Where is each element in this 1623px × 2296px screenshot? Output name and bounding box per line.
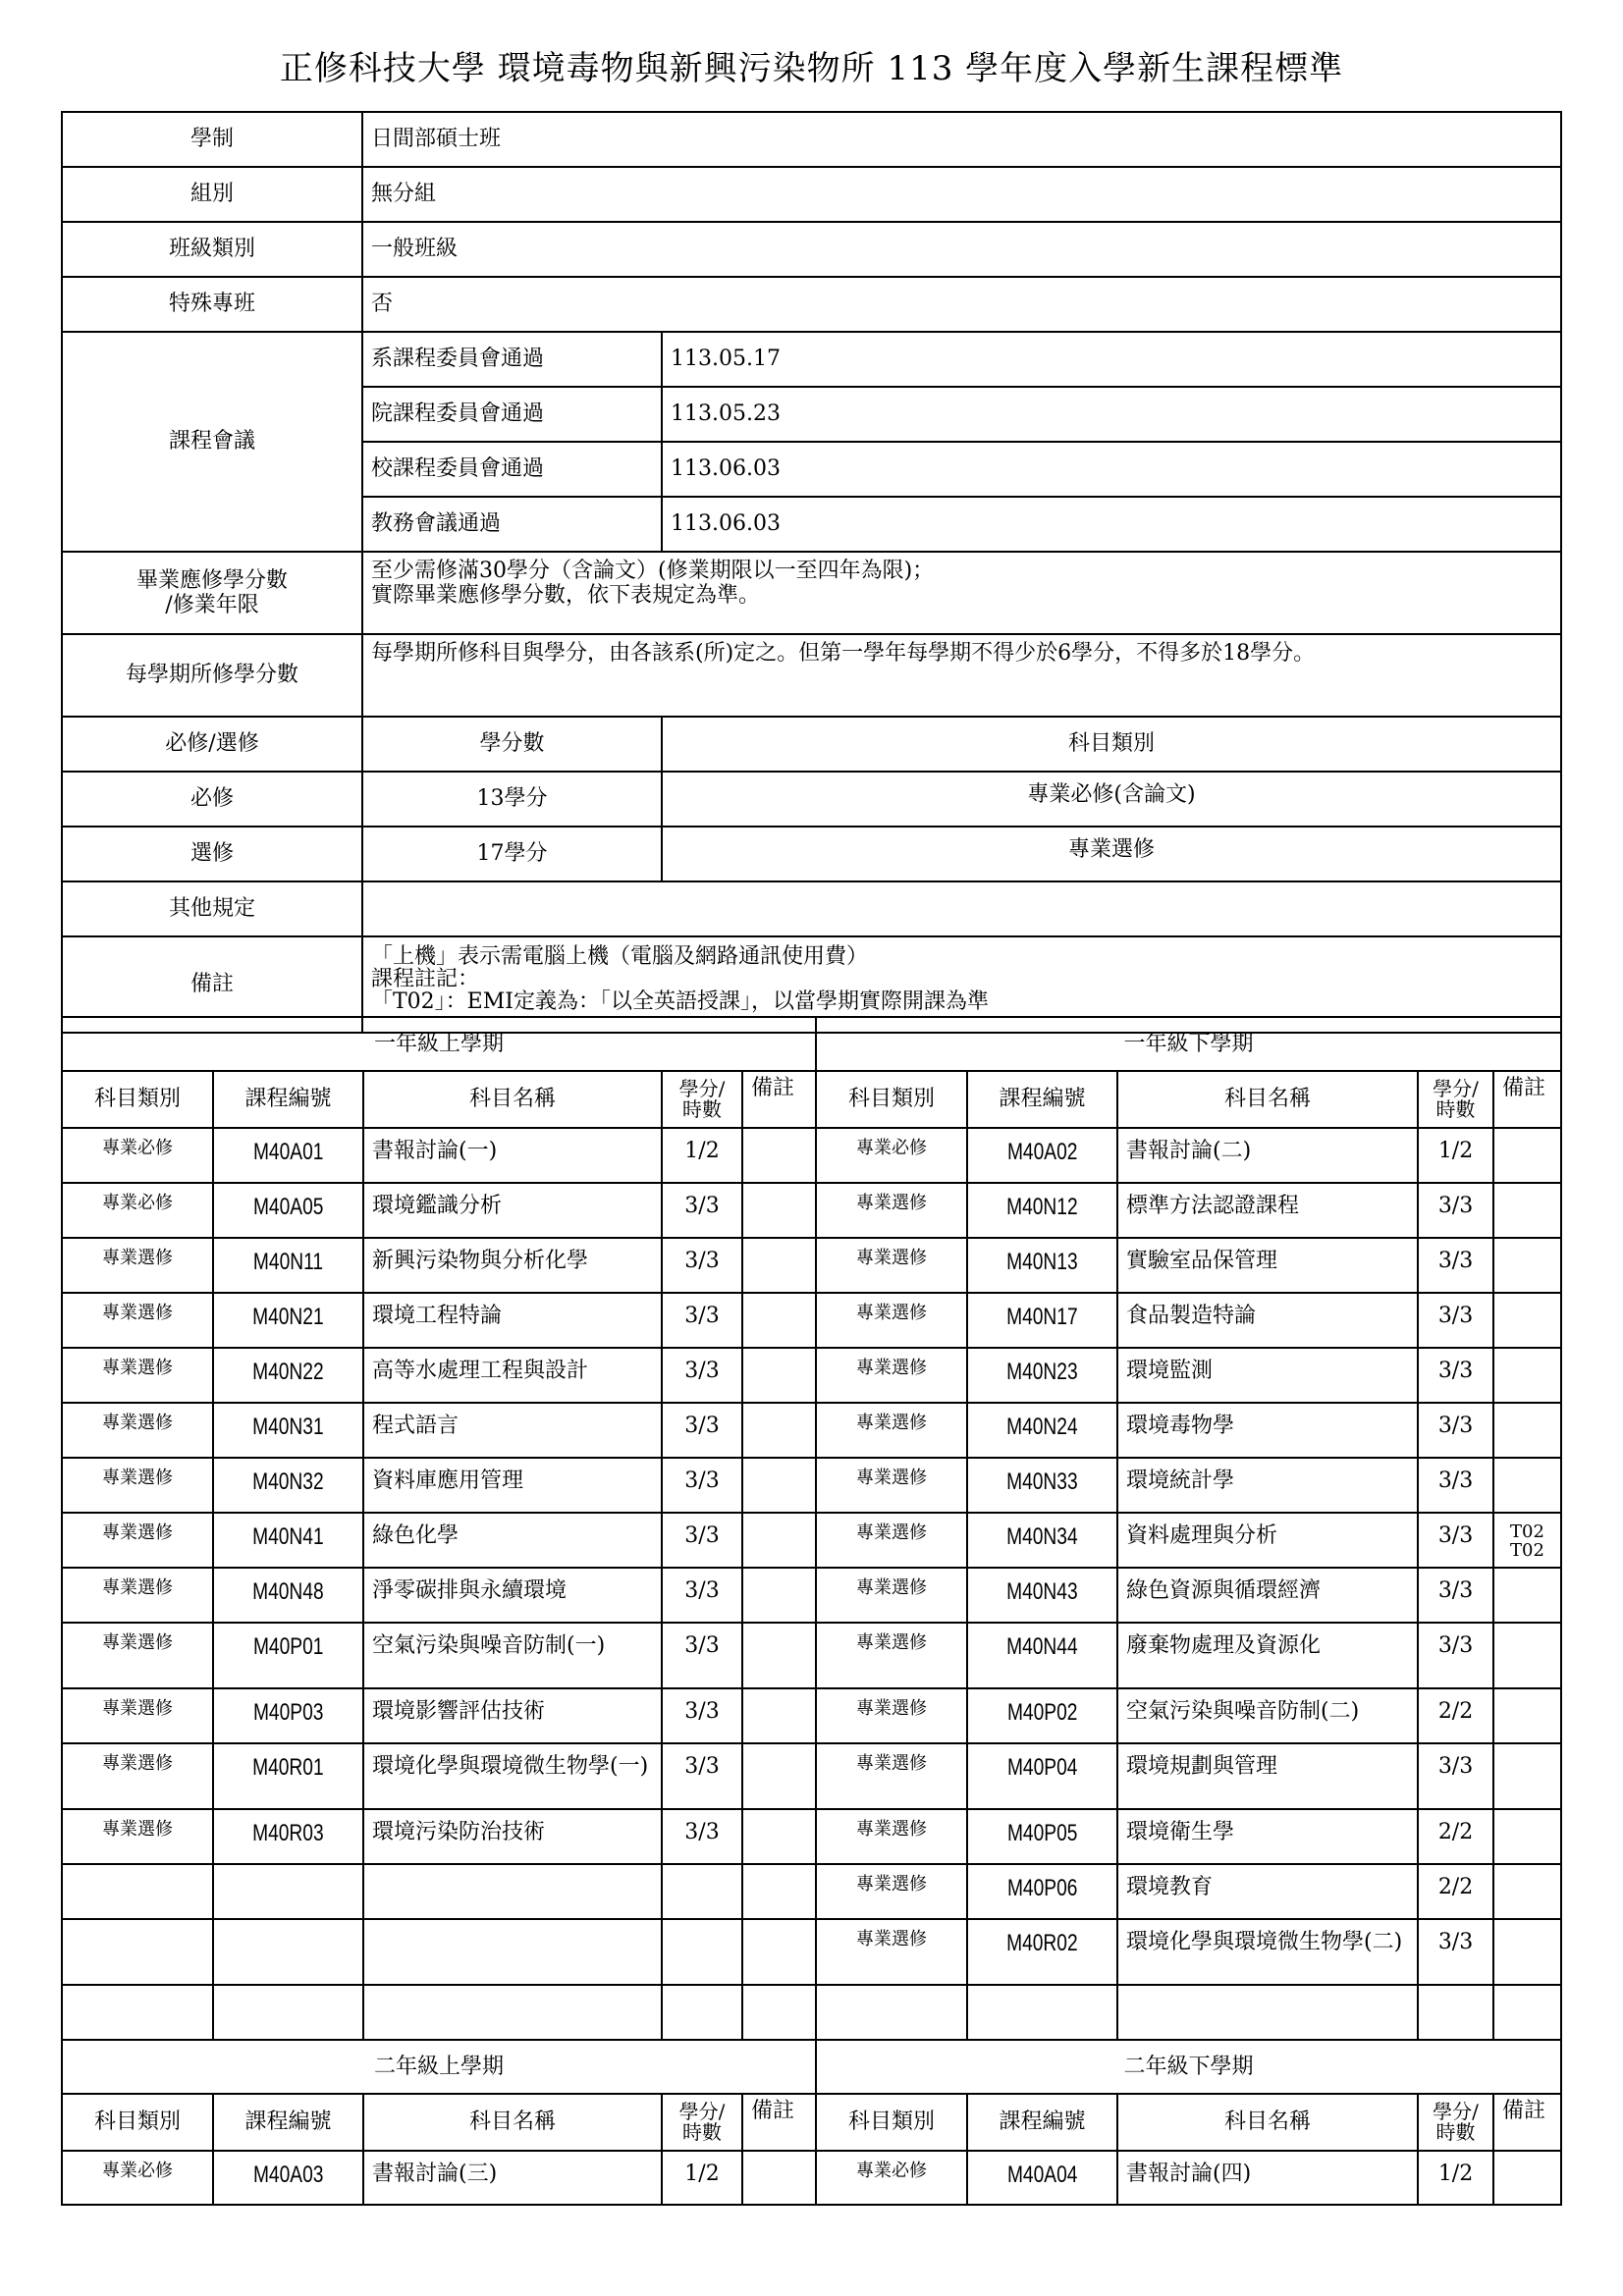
- course-code: M40N21: [213, 1293, 363, 1348]
- req-category: 專業必修(含論文): [662, 772, 1561, 827]
- course-remark: [742, 1568, 816, 1623]
- course-credits: 3/3: [1418, 1348, 1493, 1403]
- column-header-category: 科目類別: [62, 1071, 213, 1128]
- course-category: 專業選修: [62, 1623, 213, 1688]
- course-code-text: M40R03: [252, 1820, 324, 1847]
- course-category: 專業選修: [816, 1919, 967, 1985]
- course-code-text: M40N21: [252, 1304, 324, 1331]
- semester-title-row: 一年級上學期一年級下學期: [62, 1017, 1561, 1071]
- remark-line: 課程註記：: [371, 968, 1552, 990]
- req-type-header: 必修/選修: [62, 717, 362, 772]
- info-row-system: 學制 日間部碩士班: [62, 112, 1561, 167]
- course-name: 淨零碳排與永續環境: [363, 1568, 662, 1623]
- course-credits: 1/2: [1418, 1128, 1493, 1183]
- course-code: [213, 1985, 363, 2040]
- semester-credits-value: 每學期所修科目與學分，由各該系(所)定之。但第一學年每學期不得少於6學分，不得多…: [362, 634, 1561, 717]
- course-category: 專業選修: [816, 1743, 967, 1809]
- course-name: 程式語言: [363, 1403, 662, 1458]
- meeting-row: 課程會議 系課程委員會通過 113.05.17: [62, 332, 1561, 387]
- course-name: 書報討論(一): [363, 1128, 662, 1183]
- info-row-semester-credits: 每學期所修學分數 每學期所修科目與學分，由各該系(所)定之。但第一學年每學期不得…: [62, 634, 1561, 717]
- column-header-name: 科目名稱: [363, 1071, 662, 1128]
- req-credits: 17學分: [362, 827, 662, 881]
- course-category: 專業選修: [816, 1403, 967, 1458]
- req-category: 專業選修: [662, 827, 1561, 881]
- course-remark: [742, 1688, 816, 1743]
- course-name: 空氣污染與噪音防制(一): [363, 1623, 662, 1688]
- column-header-row: 科目類別課程編號科目名稱學分/時數備註科目類別課程編號科目名稱學分/時數備註: [62, 1071, 1561, 1128]
- course-credits: 3/3: [662, 1458, 742, 1513]
- course-credits: 1/2: [662, 1128, 742, 1183]
- course-code: M40N12: [967, 1183, 1117, 1238]
- course-name: 環境衛生學: [1117, 1809, 1418, 1864]
- course-code-text: M40P02: [1007, 1699, 1078, 1727]
- course-category: 專業選修: [816, 1348, 967, 1403]
- course-remark: [1493, 1348, 1561, 1403]
- course-credits: 3/3: [662, 1403, 742, 1458]
- course-remark: [1493, 1919, 1561, 1985]
- course-name: 環境影響評估技術: [363, 1688, 662, 1743]
- course-code-text: M40P05: [1007, 1820, 1078, 1847]
- info-row-graduation: 畢業應修學分數 /修業年限 至少需修滿30學分（含論文）(修業期限以一至四年為限…: [62, 552, 1561, 634]
- course-remark: [1493, 1864, 1561, 1919]
- course-code: M40A01: [213, 1128, 363, 1183]
- course-name: [363, 1919, 662, 1985]
- course-code-text: M40A04: [1007, 2162, 1078, 2189]
- class-type-value: 一般班級: [362, 222, 1561, 277]
- course-code: M40N13: [967, 1238, 1117, 1293]
- course-remark: [1493, 1458, 1561, 1513]
- course-remark: [742, 1864, 816, 1919]
- course-credits: 3/3: [1418, 1458, 1493, 1513]
- course-code: M40P02: [967, 1688, 1117, 1743]
- course-credits: 3/3: [662, 1238, 742, 1293]
- course-code: M40A03: [213, 2151, 363, 2205]
- course-category: 專業必修: [62, 1128, 213, 1183]
- course-credits: 3/3: [662, 1183, 742, 1238]
- course-row: 專業必修M40A03書報討論(三)1/2專業必修M40A04書報討論(四)1/2: [62, 2151, 1561, 2205]
- course-credits: 3/3: [662, 1623, 742, 1688]
- course-name: 環境化學與環境微生物學(一): [363, 1743, 662, 1809]
- course-credits: 3/3: [662, 1743, 742, 1809]
- course-code: M40N22: [213, 1348, 363, 1403]
- course-category: 專業必修: [816, 1128, 967, 1183]
- course-code-text: M40P06: [1007, 1875, 1078, 1902]
- column-header-name: 科目名稱: [363, 2094, 662, 2151]
- course-remark: [742, 2151, 816, 2205]
- course-category: [62, 1919, 213, 1985]
- course-credits: 3/3: [662, 1348, 742, 1403]
- course-code: [213, 1919, 363, 1985]
- course-code-text: M40P04: [1007, 1754, 1078, 1782]
- info-row-class-type: 班級類別 一般班級: [62, 222, 1561, 277]
- course-category: 專業選修: [816, 1293, 967, 1348]
- course-code-text: M40A02: [1007, 1139, 1078, 1166]
- course-row: 專業選修M40P03環境影響評估技術3/3專業選修M40P02空氣污染與噪音防制…: [62, 1688, 1561, 1743]
- course-category: 專業選修: [62, 1688, 213, 1743]
- course-row: 專業選修M40N21環境工程特論3/3專業選修M40N17食品製造特論3/3: [62, 1293, 1561, 1348]
- course-code: M40N44: [967, 1623, 1117, 1688]
- course-remark: [1493, 1403, 1561, 1458]
- course-credits: 2/2: [1418, 1864, 1493, 1919]
- course-code-text: M40N44: [1006, 1633, 1078, 1661]
- course-remark: [742, 1128, 816, 1183]
- course-row: 專業選修M40P06環境教育2/2: [62, 1864, 1561, 1919]
- course-name: 環境教育: [1117, 1864, 1418, 1919]
- course-remark: [742, 1919, 816, 1985]
- course-category: [62, 1864, 213, 1919]
- course-code: M40N11: [213, 1238, 363, 1293]
- meeting-name: 系課程委員會通過: [362, 332, 662, 387]
- system-label: 學制: [62, 112, 362, 167]
- column-header-code: 課程編號: [213, 1071, 363, 1128]
- course-category: 專業選修: [62, 1403, 213, 1458]
- course-code: M40N43: [967, 1568, 1117, 1623]
- course-row: 專業必修M40A05環境鑑識分析3/3專業選修M40N12標準方法認證課程3/3: [62, 1183, 1561, 1238]
- course-remark: [742, 1293, 816, 1348]
- course-remark: [1493, 1688, 1561, 1743]
- graduation-label-line: 畢業應修學分數: [71, 568, 353, 593]
- column-header-credits: 學分/時數: [1418, 2094, 1493, 2151]
- course-code-text: M40N31: [252, 1414, 324, 1441]
- remark-line: 「上機」表示需電腦上機（電腦及網路通訊使用費）: [371, 945, 1552, 968]
- course-code: M40P06: [967, 1864, 1117, 1919]
- course-name: 環境化學與環境微生物學(二): [1117, 1919, 1418, 1985]
- course-code: M40P03: [213, 1688, 363, 1743]
- course-code: M40R02: [967, 1919, 1117, 1985]
- column-header-category: 科目類別: [816, 1071, 967, 1128]
- course-remark: [742, 1348, 816, 1403]
- course-remark: [742, 1238, 816, 1293]
- course-code: M40A05: [213, 1183, 363, 1238]
- special-value: 否: [362, 277, 1561, 332]
- course-code: M40N31: [213, 1403, 363, 1458]
- course-row: 專業選修M40N32資料庫應用管理3/3專業選修M40N33環境統計學3/3: [62, 1458, 1561, 1513]
- course-code-text: M40N13: [1006, 1249, 1078, 1276]
- course-code-text: M40P01: [253, 1633, 324, 1661]
- group-value: 無分組: [362, 167, 1561, 222]
- course-name: 食品製造特論: [1117, 1293, 1418, 1348]
- course-row: 專業選修M40R03環境污染防治技術3/3專業選修M40P05環境衛生學2/2: [62, 1809, 1561, 1864]
- course-code: [967, 1985, 1117, 2040]
- course-category: [816, 1985, 967, 2040]
- semester-title-row: 二年級上學期二年級下學期: [62, 2040, 1561, 2094]
- column-header-category: 科目類別: [62, 2094, 213, 2151]
- semester-credits-label: 每學期所修學分數: [62, 634, 362, 717]
- meeting-name: 院課程委員會通過: [362, 387, 662, 442]
- column-header-code: 課程編號: [967, 2094, 1117, 2151]
- course-remark: [1493, 1238, 1561, 1293]
- meeting-date: 113.06.03: [662, 442, 1561, 497]
- course-code: M40A04: [967, 2151, 1117, 2205]
- semester-title: 二年級下學期: [816, 2040, 1561, 2094]
- course-row: 專業選修M40N22高等水處理工程與設計3/3專業選修M40N23環境監測3/3: [62, 1348, 1561, 1403]
- course-code: M40P05: [967, 1809, 1117, 1864]
- semester-course-table: 一年級上學期一年級下學期科目類別課程編號科目名稱學分/時數備註科目類別課程編號科…: [61, 1016, 1562, 2206]
- req-type: 必修: [62, 772, 362, 827]
- course-code-text: M40A05: [253, 1194, 324, 1221]
- course-code-text: M40R02: [1006, 1930, 1078, 1957]
- course-code-text: M40N23: [1006, 1359, 1078, 1386]
- column-header-code: 課程編號: [213, 2094, 363, 2151]
- course-remark: [1493, 2151, 1561, 2205]
- meeting-name: 教務會議通過: [362, 497, 662, 552]
- course-code: M40N48: [213, 1568, 363, 1623]
- course-code: [213, 1864, 363, 1919]
- course-remark: [742, 1743, 816, 1809]
- course-code-text: M40N34: [1006, 1523, 1078, 1551]
- course-name: 環境監測: [1117, 1348, 1418, 1403]
- course-code: M40N32: [213, 1458, 363, 1513]
- graduation-label-line: /修業年限: [71, 593, 353, 617]
- course-remark: [742, 1458, 816, 1513]
- other-value: [362, 881, 1561, 936]
- course-category: [62, 1985, 213, 2040]
- course-name: [363, 1864, 662, 1919]
- course-name: 廢棄物處理及資源化: [1117, 1623, 1418, 1688]
- course-code-text: M40P03: [253, 1699, 324, 1727]
- course-credits: [662, 1864, 742, 1919]
- course-code-text: M40A01: [253, 1139, 324, 1166]
- course-credits: 3/3: [662, 1293, 742, 1348]
- system-value: 日間部碩士班: [362, 112, 1561, 167]
- special-label: 特殊專班: [62, 277, 362, 332]
- course-category: 專業選修: [62, 1293, 213, 1348]
- course-credits: 3/3: [1418, 1743, 1493, 1809]
- course-category: 專業選修: [62, 1458, 213, 1513]
- course-code: M40N23: [967, 1348, 1117, 1403]
- course-name: 資料處理與分析: [1117, 1513, 1418, 1568]
- course-remark: [1493, 1183, 1561, 1238]
- course-remark: [742, 1623, 816, 1688]
- course-name: 環境統計學: [1117, 1458, 1418, 1513]
- course-remark: [742, 1403, 816, 1458]
- course-code: M40N41: [213, 1513, 363, 1568]
- column-header-credits: 學分/時數: [662, 1071, 742, 1128]
- course-credits: [662, 1985, 742, 2040]
- course-credits: 3/3: [1418, 1919, 1493, 1985]
- course-credits: 3/3: [662, 1688, 742, 1743]
- course-row: 專業選修M40R01環境化學與環境微生物學(一)3/3專業選修M40P04環境規…: [62, 1743, 1561, 1809]
- course-row: 專業選修M40N31程式語言3/3專業選修M40N24環境毒物學3/3: [62, 1403, 1561, 1458]
- course-remark: [1493, 1809, 1561, 1864]
- column-header-code: 課程編號: [967, 1071, 1117, 1128]
- course-credits: [662, 1919, 742, 1985]
- class-type-label: 班級類別: [62, 222, 362, 277]
- course-name: 空氣污染與噪音防制(二): [1117, 1688, 1418, 1743]
- course-name: 書報討論(三): [363, 2151, 662, 2205]
- graduation-label: 畢業應修學分數 /修業年限: [62, 552, 362, 634]
- course-credits: [1418, 1985, 1493, 2040]
- course-name: 標準方法認證課程: [1117, 1183, 1418, 1238]
- course-code: M40P01: [213, 1623, 363, 1688]
- course-credits: 3/3: [1418, 1403, 1493, 1458]
- course-remark: [742, 1809, 816, 1864]
- course-code-text: M40N22: [252, 1359, 324, 1386]
- graduation-value: 至少需修滿30學分（含論文）(修業期限以一至四年為限)； 實際畢業應修學分數，依…: [362, 552, 1561, 634]
- course-category: 專業選修: [816, 1864, 967, 1919]
- course-category: 專業選修: [816, 1183, 967, 1238]
- column-header-remark: 備註: [1493, 1071, 1561, 1128]
- course-row: 專業選修M40N48淨零碳排與永續環境3/3專業選修M40N43綠色資源與循環經…: [62, 1568, 1561, 1623]
- course-category: 專業必修: [62, 2151, 213, 2205]
- course-category: 專業選修: [62, 1348, 213, 1403]
- course-credits: 3/3: [1418, 1568, 1493, 1623]
- course-category: 專業選修: [62, 1513, 213, 1568]
- course-name: 資料庫應用管理: [363, 1458, 662, 1513]
- course-name: 高等水處理工程與設計: [363, 1348, 662, 1403]
- course-code-text: M40N11: [253, 1249, 323, 1276]
- course-code-text: M40N32: [252, 1468, 324, 1496]
- course-code: M40N33: [967, 1458, 1117, 1513]
- course-row: 專業選修M40R02環境化學與環境微生物學(二)3/3: [62, 1919, 1561, 1985]
- course-name: [1117, 1985, 1418, 2040]
- meeting-label: 課程會議: [62, 332, 362, 552]
- page-title: 正修科技大學 環境毒物與新興污染物所 113 學年度入學新生課程標準: [0, 41, 1623, 89]
- course-code-text: M40N33: [1006, 1468, 1078, 1496]
- course-name: 綠色化學: [363, 1513, 662, 1568]
- program-info-table: 學制 日間部碩士班 組別 無分組 班級類別 一般班級 特殊專班 否 課程會議 系…: [61, 111, 1562, 1034]
- course-credits: 3/3: [1418, 1238, 1493, 1293]
- course-row: 專業選修M40N41綠色化學3/3專業選修M40N34資料處理與分析3/3T02…: [62, 1513, 1561, 1568]
- course-code: M40N24: [967, 1403, 1117, 1458]
- course-category: 專業選修: [816, 1568, 967, 1623]
- semester-title: 一年級下學期: [816, 1017, 1561, 1071]
- course-remark: [1493, 1743, 1561, 1809]
- column-header-category: 科目類別: [816, 2094, 967, 2151]
- course-code-text: M40N43: [1006, 1578, 1078, 1606]
- column-header-remark: 備註: [1493, 2094, 1561, 2151]
- course-remark: [1493, 1568, 1561, 1623]
- course-category: 專業選修: [816, 1809, 967, 1864]
- course-credits: 2/2: [1418, 1809, 1493, 1864]
- req-type: 選修: [62, 827, 362, 881]
- course-code: M40R01: [213, 1743, 363, 1809]
- column-header-credits: 學分/時數: [1418, 1071, 1493, 1128]
- course-credits: 3/3: [1418, 1293, 1493, 1348]
- course-credits: 3/3: [662, 1568, 742, 1623]
- course-name: 新興污染物與分析化學: [363, 1238, 662, 1293]
- course-code-text: M40N24: [1006, 1414, 1078, 1441]
- course-credits: 2/2: [1418, 1688, 1493, 1743]
- req-category-header: 科目類別: [662, 717, 1561, 772]
- course-name: 環境污染防治技術: [363, 1809, 662, 1864]
- course-credits: 3/3: [1418, 1623, 1493, 1688]
- semester-title: 二年級上學期: [62, 2040, 816, 2094]
- group-label: 組別: [62, 167, 362, 222]
- course-category: 專業選修: [816, 1238, 967, 1293]
- column-header-name: 科目名稱: [1117, 2094, 1418, 2151]
- graduation-line: 實際畢業應修學分數，依下表規定為準。: [371, 583, 1552, 608]
- requirement-row: 選修 17學分 專業選修: [62, 827, 1561, 881]
- column-header-remark: 備註: [742, 1071, 816, 1128]
- other-label: 其他規定: [62, 881, 362, 936]
- course-name: 環境鑑識分析: [363, 1183, 662, 1238]
- req-credits: 13學分: [362, 772, 662, 827]
- column-header-credits: 學分/時數: [662, 2094, 742, 2151]
- info-row-special: 特殊專班 否: [62, 277, 1561, 332]
- course-remark: [1493, 1293, 1561, 1348]
- req-credits-header: 學分數: [362, 717, 662, 772]
- meeting-date: 113.05.17: [662, 332, 1561, 387]
- course-category: 專業選修: [816, 1623, 967, 1688]
- course-category: 專業選修: [62, 1809, 213, 1864]
- semester-title: 一年級上學期: [62, 1017, 816, 1071]
- course-credits: 3/3: [662, 1513, 742, 1568]
- course-code: M40N17: [967, 1293, 1117, 1348]
- column-header-remark: 備註: [742, 2094, 816, 2151]
- course-remark: [1493, 1985, 1561, 2040]
- course-remark: [1493, 1128, 1561, 1183]
- course-row: 專業選修M40N11新興污染物與分析化學3/3專業選修M40N13實驗室品保管理…: [62, 1238, 1561, 1293]
- requirements-header-row: 必修/選修 學分數 科目類別: [62, 717, 1561, 772]
- course-name: [363, 1985, 662, 2040]
- course-row: 專業選修M40P01空氣污染與噪音防制(一)3/3專業選修M40N44廢棄物處理…: [62, 1623, 1561, 1688]
- course-remark: [1493, 1623, 1561, 1688]
- course-remark: [742, 1513, 816, 1568]
- column-header-row: 科目類別課程編號科目名稱學分/時數備註科目類別課程編號科目名稱學分/時數備註: [62, 2094, 1561, 2151]
- course-row: [62, 1985, 1561, 2040]
- course-category: 專業選修: [816, 1458, 967, 1513]
- course-credits: 1/2: [1418, 2151, 1493, 2205]
- course-remark: T02 T02: [1493, 1513, 1561, 1568]
- info-row-other: 其他規定: [62, 881, 1561, 936]
- course-remark: [742, 1183, 816, 1238]
- graduation-line: 至少需修滿30學分（含論文）(修業期限以一至四年為限)；: [371, 559, 1552, 583]
- course-remark: [742, 1985, 816, 2040]
- course-code-text: M40N48: [252, 1578, 324, 1606]
- course-code-text: M40R01: [252, 1754, 324, 1782]
- course-name: 書報討論(四): [1117, 2151, 1418, 2205]
- course-code: M40P04: [967, 1743, 1117, 1809]
- info-row-group: 組別 無分組: [62, 167, 1561, 222]
- course-code: M40A02: [967, 1128, 1117, 1183]
- course-name: 書報討論(二): [1117, 1128, 1418, 1183]
- course-code-text: M40A03: [253, 2162, 324, 2189]
- course-code-text: M40N12: [1006, 1194, 1078, 1221]
- meeting-date: 113.05.23: [662, 387, 1561, 442]
- course-category: 專業必修: [816, 2151, 967, 2205]
- course-category: 專業必修: [62, 1183, 213, 1238]
- course-code-text: M40N17: [1006, 1304, 1078, 1331]
- meeting-date: 113.06.03: [662, 497, 1561, 552]
- course-credits: 3/3: [1418, 1183, 1493, 1238]
- course-credits: 3/3: [662, 1809, 742, 1864]
- course-category: 專業選修: [62, 1238, 213, 1293]
- course-code: M40N34: [967, 1513, 1117, 1568]
- course-name: 綠色資源與循環經濟: [1117, 1568, 1418, 1623]
- course-name: 環境規劃與管理: [1117, 1743, 1418, 1809]
- course-credits: 3/3: [1418, 1513, 1493, 1568]
- course-row: 專業必修M40A01書報討論(一)1/2專業必修M40A02書報討論(二)1/2: [62, 1128, 1561, 1183]
- meeting-name: 校課程委員會通過: [362, 442, 662, 497]
- course-name: 環境毒物學: [1117, 1403, 1418, 1458]
- column-header-name: 科目名稱: [1117, 1071, 1418, 1128]
- course-category: 專業選修: [816, 1513, 967, 1568]
- course-code-text: M40N41: [252, 1523, 324, 1551]
- course-category: 專業選修: [62, 1743, 213, 1809]
- course-category: 專業選修: [816, 1688, 967, 1743]
- course-credits: 1/2: [662, 2151, 742, 2205]
- course-name: 實驗室品保管理: [1117, 1238, 1418, 1293]
- course-category: 專業選修: [62, 1568, 213, 1623]
- requirement-row: 必修 13學分 專業必修(含論文): [62, 772, 1561, 827]
- remark-line: 「T02」：EMI定義為：「以全英語授課」，以當學期實際開課為準: [371, 990, 1552, 1013]
- course-name: 環境工程特論: [363, 1293, 662, 1348]
- course-code: M40R03: [213, 1809, 363, 1864]
